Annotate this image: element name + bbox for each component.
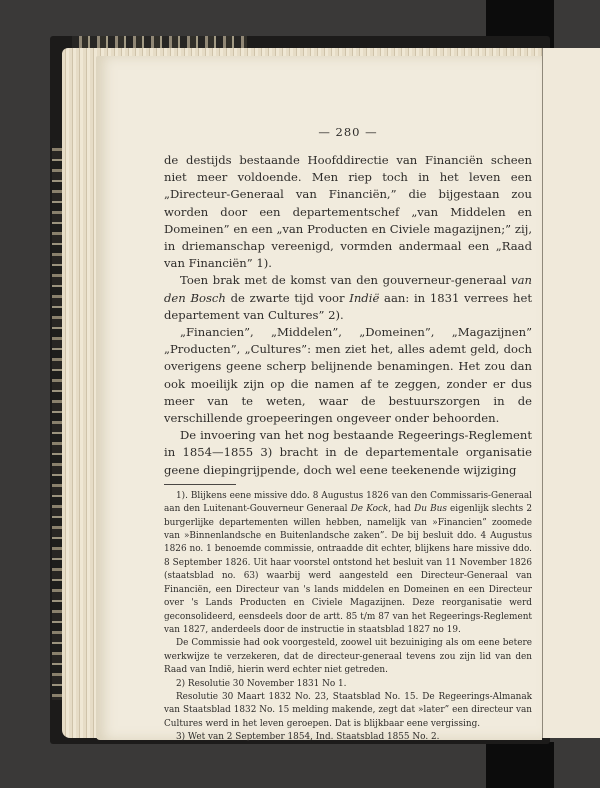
- footnote: De Commissie had ook voorgesteld, zoowel…: [164, 637, 532, 677]
- background-dark-strip: [486, 742, 554, 788]
- facing-page: [542, 48, 600, 738]
- text-run: eigenlijk slechts 2 burgerlijke departem…: [164, 504, 532, 635]
- paragraph: Toen brak met de komst van den gouverneu…: [164, 272, 532, 324]
- footnote: Resolutie 30 Maart 1832 No. 23, Staatsbl…: [164, 691, 532, 731]
- page-number: — 280 —: [164, 124, 532, 140]
- paragraph: „Financien”, „Middelen”, „Domeinen”, „Ma…: [164, 324, 532, 427]
- italic-name: Du Bus: [414, 504, 447, 514]
- paragraph: De invoering van het nog bestaande Regee…: [164, 427, 532, 479]
- italic-name: De Kock: [351, 504, 389, 514]
- body-text: de destijds bestaande Hoofddirectie van …: [164, 152, 532, 479]
- text-run: Toen brak met de komst van den gouverneu…: [180, 273, 511, 287]
- text-run: , had: [388, 504, 414, 514]
- footnote: 1). Blijkens eene missive ddo. 8 Augustu…: [164, 490, 532, 637]
- footnotes: 1). Blijkens eene missive ddo. 8 Augustu…: [164, 490, 532, 745]
- page-text-block: — 280 — de destijds bestaande Hoofddirec…: [164, 124, 532, 745]
- text-run: de zwarte tijd voor: [226, 291, 349, 305]
- marbled-edge-left: [52, 140, 62, 700]
- footnote: 3) Wet van 2 September 1854, Ind. Staats…: [164, 731, 532, 744]
- italic-place: Indië: [349, 291, 379, 305]
- footnote-divider: [164, 484, 236, 485]
- footnote: 2) Resolutie 30 November 1831 No 1.: [164, 678, 532, 691]
- paragraph: de destijds bestaande Hoofddirectie van …: [164, 152, 532, 272]
